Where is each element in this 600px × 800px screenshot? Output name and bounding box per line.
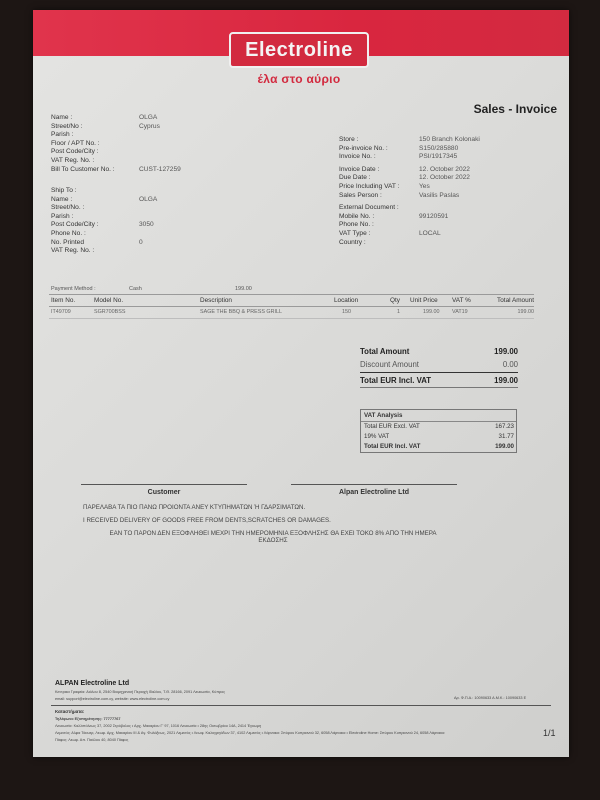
field-value: 150 Branch Kolonaki: [419, 136, 480, 145]
field-label: Post Code/City :: [51, 148, 139, 157]
field-label: Post Code/City :: [51, 221, 139, 230]
page-number: 1/1: [543, 728, 556, 738]
table-row: IT49709SGR700BSSSAGE THE BBQ & PRESS GRI…: [49, 307, 534, 318]
field-label: Country :: [339, 239, 419, 248]
field-row: Invoice No. :PSI/1917345: [339, 153, 480, 162]
field-row: Parish :: [51, 131, 181, 140]
cell-location: 150: [342, 307, 351, 318]
items-table: Item No. Model No. Description Location …: [49, 294, 534, 319]
company-signature-line: [291, 484, 457, 485]
totals-block: Total Amount199.00 Discount Amount0.00 T…: [360, 345, 518, 388]
col-item-no: Item No.: [51, 295, 75, 306]
footer-phone: Τηλέφωνο Εξυπηρέτησης: 77777767: [55, 717, 120, 721]
field-value: S150/285880: [419, 145, 458, 154]
field-label: Sales Person :: [339, 192, 419, 201]
field-value: CUST-127259: [139, 166, 181, 175]
field-row: Street/No :Cyprus: [51, 123, 181, 132]
footer-stores-paphos: Πάφος: Λεωφ. Απ. Παύλου 40, 8040 Πάφος: [55, 738, 128, 742]
cell-total-amount: 199.00: [518, 307, 535, 318]
interest-notice-line1: ΕΑΝ ΤΟ ΠΑΡΟΝ ΔΕΝ ΕΞΟΦΛΗΘΕΙ ΜΕΧΡΙ ΤΗΝ ΗΜΕ…: [63, 530, 483, 537]
field-row: Country :: [339, 239, 480, 248]
field-value: 3050: [139, 221, 154, 230]
field-row: Post Code/City :: [51, 148, 181, 157]
field-value: PSI/1917345: [419, 153, 457, 162]
vat-row-value: 199.00: [495, 442, 514, 452]
field-value: Vasilis Paslas: [419, 192, 459, 201]
field-row: Invoice Date :12. October 2022: [339, 166, 480, 175]
field-label: Street/No. :: [51, 204, 139, 213]
field-row: Sales Person :Vasilis Paslas: [339, 192, 480, 201]
field-label: Parish :: [51, 213, 139, 222]
field-label: Due Date :: [339, 174, 419, 183]
vat-row: Total EUR Incl. VAT199.00: [361, 442, 516, 452]
items-header-row: Item No. Model No. Description Location …: [49, 295, 534, 306]
field-label: Mobile No. :: [339, 213, 419, 222]
field-value: Yes: [419, 183, 430, 192]
payment-amount: 199.00: [235, 286, 252, 292]
footer-stores-nicosia: Λευκωσία: Καλλιπόλεως 37, 2002 Στρόβολος…: [55, 724, 261, 728]
field-row: Phone No. :: [51, 230, 157, 239]
customer-signature-label: Customer: [81, 489, 247, 496]
payment-method-value: Cash: [129, 286, 142, 292]
field-label: Floor / APT No. :: [51, 140, 139, 149]
field-value: 99120591: [419, 213, 448, 222]
field-label: No. Printed: [51, 239, 139, 248]
field-label: VAT Type :: [339, 230, 419, 239]
discount-label: Discount Amount: [360, 358, 419, 371]
field-label: VAT Reg. No. :: [51, 157, 139, 166]
field-label: Invoice No. :: [339, 153, 419, 162]
vat-row: 19% VAT31.77: [361, 432, 516, 442]
field-label: Invoice Date :: [339, 166, 419, 175]
footer-contact: email: support@electroline.com.cy, websi…: [55, 697, 169, 701]
field-label: Phone No. :: [51, 230, 139, 239]
field-value: LOCAL: [419, 230, 441, 239]
col-model-no: Model No.: [94, 295, 123, 306]
col-unit-price: Unit Price: [410, 295, 438, 306]
field-row: VAT Type :LOCAL: [339, 230, 480, 239]
field-row: VAT Reg. No. :: [51, 247, 157, 256]
col-description: Description: [200, 295, 232, 306]
field-row: Price Including VAT :Yes: [339, 183, 480, 192]
field-row: No. Printed0: [51, 239, 157, 248]
field-label: Phone No. :: [339, 221, 419, 230]
cell-model-no: SGR700BSS: [94, 307, 125, 318]
field-row: Phone No. :: [339, 221, 480, 230]
field-label: Parish :: [51, 131, 139, 140]
vat-row: Total EUR Excl. VAT167.23: [361, 422, 516, 432]
footer-head-office: Κεντρικα Γραφεία: Αιόλου 8, 2540 Βιομηχα…: [55, 690, 225, 694]
field-label: Pre-invoice No. :: [339, 145, 419, 154]
field-row: Store :150 Branch Kolonaki: [339, 136, 480, 145]
field-row: External Document :: [339, 204, 480, 213]
received-notice-english: I RECEIVED DELIVERY OF GOODS FREE FROM D…: [83, 517, 331, 524]
ship-to-section: Ship To : Name :OLGAStreet/No. :Parish :…: [51, 187, 157, 256]
field-label: Name :: [51, 196, 139, 205]
electroline-logo: Electroline: [229, 32, 369, 68]
vat-row-label: Total EUR Excl. VAT: [364, 422, 420, 432]
field-row: Due Date :12. October 2022: [339, 174, 480, 183]
cell-vat-pct: VAT19: [452, 307, 468, 318]
received-notice-greek: ΠΑΡΕΛΑΒΑ ΤΑ ΠΙΟ ΠΑΝΩ ΠΡΟΙΟΝΤΑ ΑΝΕΥ ΚΤΥΠΗ…: [83, 504, 305, 511]
vat-analysis-title: VAT Analysis: [361, 410, 516, 422]
col-total-amount: Total Amount: [497, 295, 534, 306]
cell-qty: 1: [397, 307, 400, 318]
field-value: 12. October 2022: [419, 166, 470, 175]
field-row: Post Code/City :3050: [51, 221, 157, 230]
field-label: Store :: [339, 136, 419, 145]
vat-analysis-box: VAT Analysis Total EUR Excl. VAT167.2319…: [360, 409, 517, 453]
footer-divider: [51, 705, 551, 706]
footer-stores-title: Καταστήματα:: [55, 709, 84, 714]
payment-method-label: Payment Method :: [51, 286, 96, 292]
field-row: Parish :: [51, 213, 157, 222]
footer-company-name: ALPAN Electroline Ltd: [55, 680, 129, 687]
col-location: Location: [334, 295, 358, 306]
vat-row-value: 167.23: [495, 422, 514, 432]
footer-registration: Αρ. Φ.Π.Α.: 10090633 Α.Μ.Κ.: 10090633 Ε: [454, 696, 526, 700]
interest-notice-line2: ΕΚΔΟΣΗΣ: [63, 537, 483, 544]
field-row: Mobile No. :99120591: [339, 213, 480, 222]
col-qty: Qty: [390, 295, 400, 306]
field-value: OLGA: [139, 114, 157, 123]
field-label: Street/No :: [51, 123, 139, 132]
document-title: Sales - Invoice: [474, 102, 557, 116]
cell-unit-price: 199.00: [423, 307, 440, 318]
interest-notice: ΕΑΝ ΤΟ ΠΑΡΟΝ ΔΕΝ ΕΞΟΦΛΗΘΕΙ ΜΕΧΡΙ ΤΗΝ ΗΜΕ…: [63, 530, 483, 544]
invoice-document: Electroline έλα στο αύριο Sales - Invoic…: [33, 10, 569, 757]
field-value: 0: [139, 239, 143, 248]
logo-tagline: έλα στο αύριο: [229, 72, 369, 86]
field-value: Cyprus: [139, 123, 160, 132]
field-row: Floor / APT No. :: [51, 140, 181, 149]
field-value: OLGA: [139, 196, 157, 205]
field-label: VAT Reg. No. :: [51, 247, 139, 256]
company-signature-label: Alpan Electroline Ltd: [291, 489, 457, 496]
cell-description: SAGE THE BBQ & PRESS GRILL: [200, 307, 282, 318]
field-row: Pre-invoice No. :S150/285880: [339, 145, 480, 154]
bill-to-section: Name :OLGAStreet/No :CyprusParish :Floor…: [51, 114, 181, 174]
field-label: Name :: [51, 114, 139, 123]
footer-stores-limassol-larnaca: Λεμεσός: Αλφα Τάουερ, Λεωφ. Αρχ. Μακαρίο…: [55, 731, 444, 735]
col-vat-pct: VAT %: [452, 295, 471, 306]
customer-signature-line: [81, 484, 247, 485]
total-incl-vat-value: 199.00: [494, 374, 518, 387]
cell-item-no: IT49709: [51, 307, 71, 318]
field-row: Bill To Customer No. :CUST-127259: [51, 166, 181, 175]
discount-value: 0.00: [503, 358, 518, 371]
invoice-info-section: Store :150 Branch KolonakiPre-invoice No…: [339, 136, 480, 247]
field-row: Name :OLGA: [51, 196, 157, 205]
total-amount-value: 199.00: [494, 345, 518, 358]
field-label: External Document :: [339, 204, 419, 213]
field-row: Street/No. :: [51, 204, 157, 213]
field-row: Name :OLGA: [51, 114, 181, 123]
vat-row-label: Total EUR Incl. VAT: [364, 442, 420, 452]
ship-to-title: Ship To :: [51, 187, 77, 196]
field-row: VAT Reg. No. :: [51, 157, 181, 166]
total-amount-label: Total Amount: [360, 345, 409, 358]
vat-row-label: 19% VAT: [364, 432, 389, 442]
field-label: Bill To Customer No. :: [51, 166, 139, 175]
field-label: Price Including VAT :: [339, 183, 419, 192]
field-value: 12. October 2022: [419, 174, 470, 183]
total-incl-vat-label: Total EUR Incl. VAT: [360, 374, 431, 387]
vat-row-value: 31.77: [499, 432, 514, 442]
